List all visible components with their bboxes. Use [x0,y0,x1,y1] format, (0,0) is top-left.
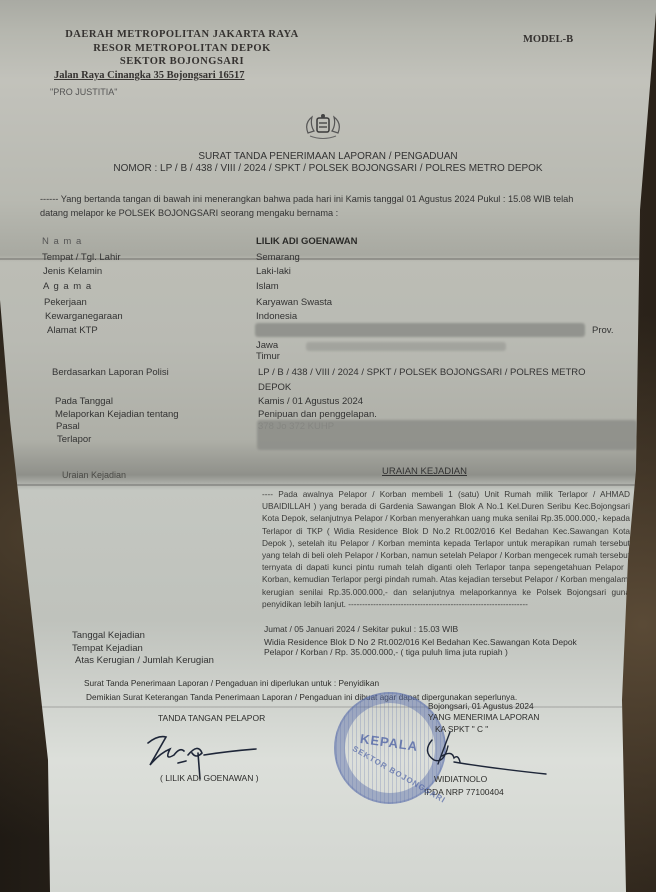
field-value: Islam [256,281,279,292]
officer-signature-icon [420,728,550,778]
field-value-line-2: DEPOK [258,382,291,393]
pro-justitia: "PRO JUSTITIA" [50,87,117,97]
field-label: Alamat KTP [47,325,98,336]
form-model: MODEL-B [523,34,573,45]
field-label: Tempat Kejadian [72,643,143,654]
document-paper: DAERAH METROPOLITAN JAKARTA RAYA RESOR M… [0,0,656,892]
officer-heading: YANG MENERIMA LAPORAN [428,712,539,722]
field-label: N a m a [42,236,82,247]
letterhead-address: Jalan Raya Cinangka 35 Bojongsari 16517 [42,69,322,82]
field-label: Tanggal Kejadian [72,630,145,641]
letterhead: DAERAH METROPOLITAN JAKARTA RAYA RESOR M… [42,28,322,82]
redacted-reported-party [257,420,637,450]
field-value: Indonesia [256,311,297,322]
field-label: A g a m a [43,281,92,292]
field-label: Pekerjaan [44,297,87,308]
redacted-address [255,323,585,337]
reporter-signature-icon [140,725,260,780]
field-label: Jenis Kelamin [43,266,102,277]
field-value: Penipuan dan penggelapan. [258,409,377,420]
document-number: NOMOR : LP / B / 438 / VIII / 2024 / SPK… [0,163,656,174]
field-label: Melaporkan Kejadian tentang [55,409,179,420]
field-value: LP / B / 438 / VIII / 2024 / SPKT / POLS… [258,367,586,378]
field-value: Pelapor / Korban / Rp. 35.000.000,- ( ti… [264,647,508,657]
field-value: Kamis / 01 Agustus 2024 [258,396,363,407]
uraian-label: Uraian Kejadian [62,470,126,480]
field-value: Widia Residence Blok D No 2 Rt.002/016 K… [264,637,577,647]
field-label: Pasal [56,421,80,432]
field-label: Atas Kerugian / Jumlah Kerugian [75,655,214,666]
intro-line-1: ------ Yang bertanda tangan di bawah ini… [40,192,630,206]
field-value: Karyawan Swasta [256,297,332,308]
fold-line [0,706,656,708]
field-label: Kewarganegaraan [45,311,123,322]
field-value: Laki-laki [256,266,291,277]
closing-purpose: Surat Tanda Penerimaan Laporan / Pengadu… [84,678,379,688]
redacted-id-numbers [306,342,506,351]
field-label: Pada Tanggal [55,396,113,407]
officer-name: WIDIATNOLO [434,774,487,784]
intro-line-2: datang melapor ke POLSEK BOJONGSARI seor… [40,206,630,220]
intro-paragraph: ------ Yang bertanda tangan di bawah ini… [40,192,630,220]
uraian-title: URAIAN KEJADIAN [382,466,467,477]
field-value: Jawa Timur [256,340,280,362]
field-value: Semarang [256,252,300,263]
reporter-signature-heading: TANDA TANGAN PELAPOR [158,713,265,723]
police-emblem-icon [302,111,344,141]
field-value: LILIK ADI GOENAWAN [256,236,358,247]
field-label: Berdasarkan Laporan Polisi [52,367,169,378]
letterhead-line-1: DAERAH METROPOLITAN JAKARTA RAYA [42,28,322,42]
field-label: Tempat / Tgl. Lahir [42,252,121,263]
field-label: Terlapor [57,434,91,445]
field-value: Jumat / 05 Januari 2024 / Sekitar pukul … [264,624,458,634]
reporter-name: ( LILIK ADI GOENAWAN ) [160,773,259,783]
document-title: SURAT TANDA PENERIMAAN LAPORAN / PENGADU… [0,151,656,162]
fold-line [0,484,656,486]
field-value-suffix: Prov. [592,325,613,336]
letterhead-line-3: SEKTOR BOJONGSARI [42,55,322,69]
letterhead-line-2: RESOR METROPOLITAN DEPOK [42,42,322,56]
officer-place-date: Bojongsari, 01 Agustus 2024 [428,701,534,711]
incident-narrative: ---- Pada awalnya Pelapor / Korban membe… [262,488,630,610]
